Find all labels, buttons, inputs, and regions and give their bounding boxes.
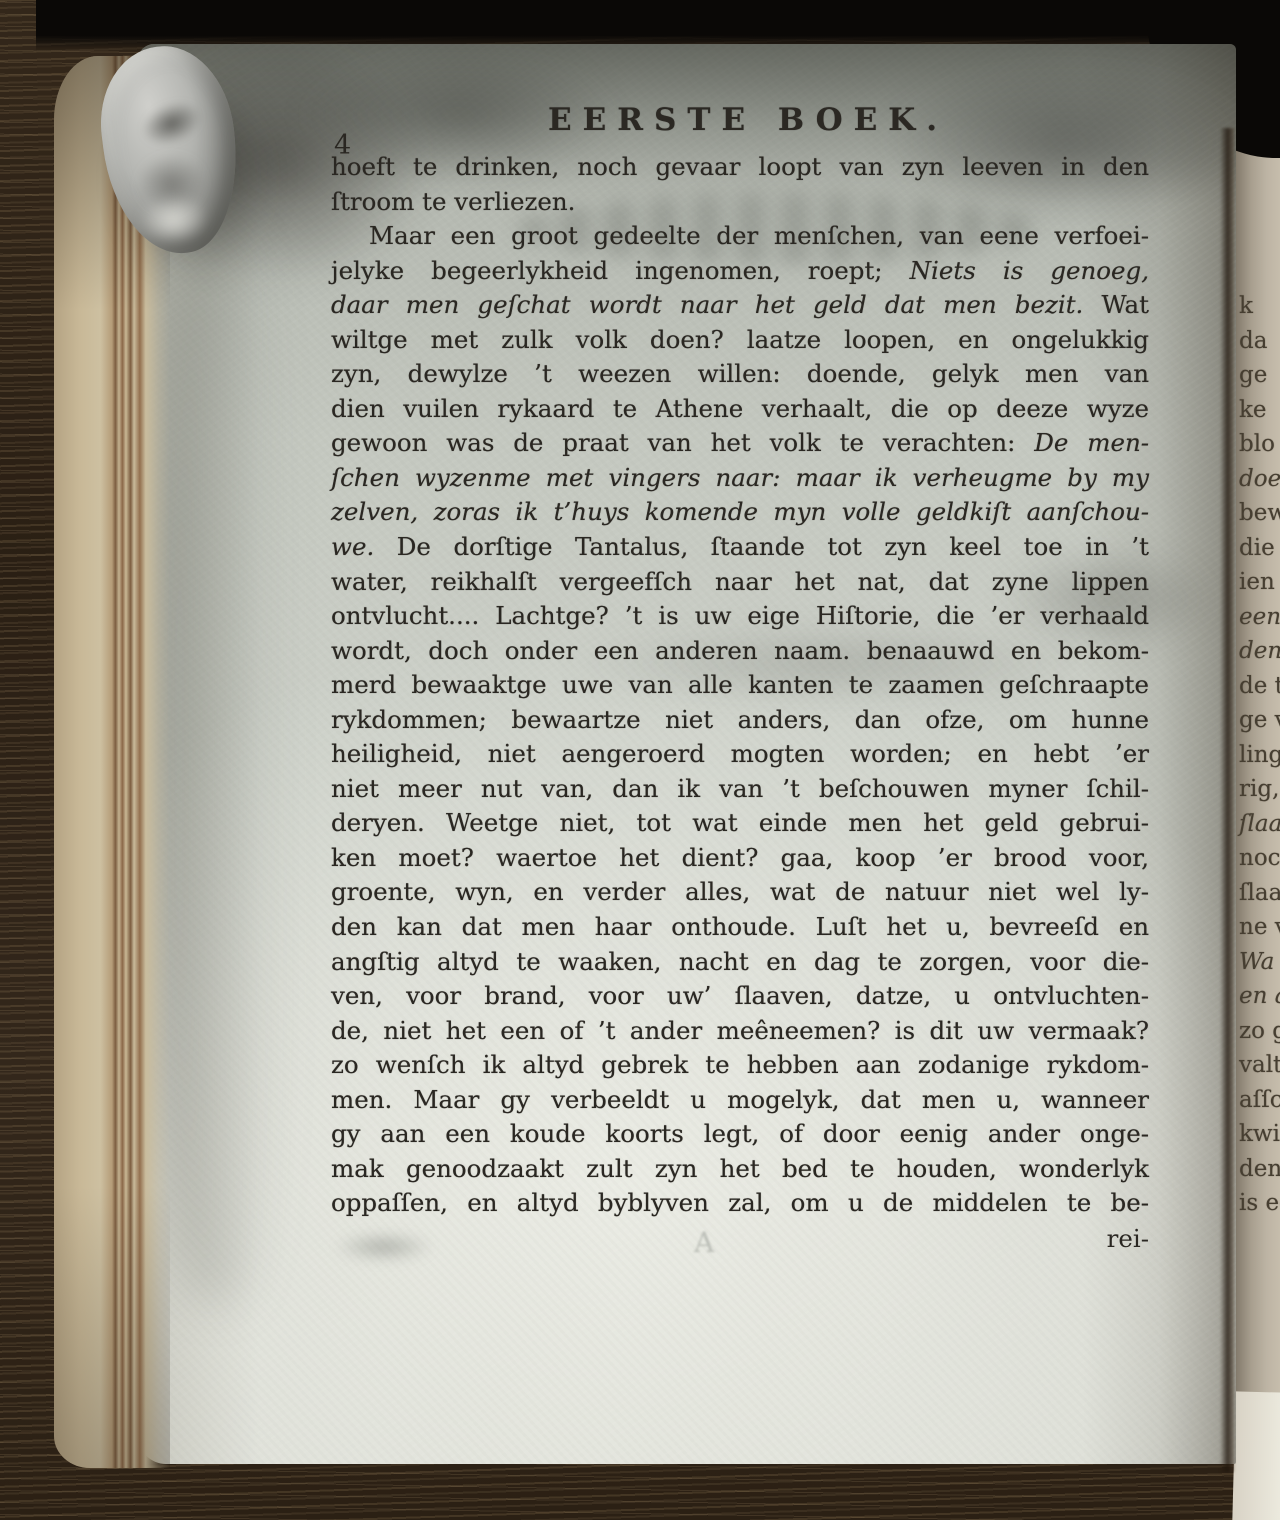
text-line: niet meer nut van, dan ik van ’t beſchou… xyxy=(331,772,1149,807)
facing-page-text-fragment: ſlaavi xyxy=(1239,880,1280,906)
facing-page-text-fragment: k xyxy=(1239,293,1253,319)
text-line: jelyke begeerlykheid ingenomen, roept; N… xyxy=(331,254,1149,289)
text-line: wiltge met zulk volk doen? laatze loopen… xyxy=(331,323,1149,358)
text-line: groente, wyn, en verder alles, wat de na… xyxy=(331,875,1149,910)
facing-page-text-fragment: eens xyxy=(1239,604,1280,630)
text-line: ven, voor brand, voor uw’ ſlaaven, datze… xyxy=(331,979,1149,1014)
facing-page-text-fragment: ge v xyxy=(1239,707,1280,733)
facing-page-text-fragment: denk xyxy=(1239,638,1280,664)
facing-page-text-fragment: kwiſt xyxy=(1239,1121,1280,1147)
text-line: oppaſſen, en altyd byblyven zal, om u de… xyxy=(331,1186,1149,1221)
running-header: EERSTE BOEK. xyxy=(348,102,1148,138)
text-line: we. De dorſtige Tantalus, ſtaande tot zy… xyxy=(331,530,1149,565)
facing-page-text-fragment: noch xyxy=(1239,845,1280,871)
facing-page-text-fragment: de te xyxy=(1239,673,1280,699)
text-line: zo wenſch ik altyd gebrek te hebben aan … xyxy=(331,1048,1149,1083)
facing-page-text-fragment: ling xyxy=(1239,742,1280,768)
text-line: rykdommen; bewaartze niet anders, dan of… xyxy=(331,703,1149,738)
facing-page-bottom-corner xyxy=(1232,1391,1280,1520)
text-line: gy aan een koude koorts legt, of door ee… xyxy=(331,1117,1149,1152)
facing-page-text-fragment: den t xyxy=(1239,1156,1280,1182)
text-line: wordt, doch onder een anderen naam. bena… xyxy=(331,634,1149,669)
facing-page-text-fragment: blo xyxy=(1239,431,1275,457)
text-line: den kan dat men haar onthoude. Luſt het … xyxy=(331,910,1149,945)
facing-page-text-fragment: die xyxy=(1239,535,1275,561)
text-line: ken moet? waertoe het dient? gaa, koop ’… xyxy=(331,841,1149,876)
facing-page-text-fragment: rig, xyxy=(1239,776,1279,802)
text-line: deryen. Weetge niet, tot wat einde men h… xyxy=(331,806,1149,841)
catchword: rei- xyxy=(331,1224,1149,1253)
text-line: Maar een groot gedeelte der menſchen, va… xyxy=(331,219,1149,254)
facing-page-text-fragment: ſlaaf; xyxy=(1239,811,1280,837)
fore-edge-shading xyxy=(54,56,170,1468)
text-line: daar men geſchat wordt naar het geld dat… xyxy=(331,288,1149,323)
text-line: heiligheid, niet aengeroerd mogten worde… xyxy=(331,737,1149,772)
text-line: ſtroom te verliezen. xyxy=(331,185,1149,220)
facing-page-text-fragment: en als xyxy=(1239,983,1280,1009)
facing-page-text-fragment: Wa xyxy=(1239,949,1274,975)
text-line: angſtig altyd te waaken, nacht en dag te… xyxy=(331,945,1149,980)
facing-page-text-fragment: doe xyxy=(1239,466,1280,492)
text-line: gewoon was de praat van het volk te vera… xyxy=(331,426,1149,461)
text-line: water, reikhalſt vergeefſch naar het nat… xyxy=(331,565,1149,600)
gutter-crease xyxy=(1220,128,1234,1472)
facing-page-sliver: kdagekeblodoebewdieieneensdenkde tege vl… xyxy=(1236,88,1280,1520)
body-text: hoeft te drinken, noch gevaar loopt van … xyxy=(331,150,1149,1221)
facing-page-text-fragment: zo gaa xyxy=(1239,1018,1280,1044)
facing-page-text-fragment: bew xyxy=(1239,500,1280,526)
text-line: mak genoodzaakt zult zyn het bed te houd… xyxy=(331,1152,1149,1187)
book-page-left: 4 EERSTE BOEK. hoeft te drinken, noch ge… xyxy=(138,44,1236,1464)
facing-page-text-fragment: ge xyxy=(1239,362,1267,388)
facing-page-text-fragment: aſſchil xyxy=(1239,1087,1280,1113)
text-line: zelven, zoras ik t’huys komende myn voll… xyxy=(331,495,1149,530)
pebble-marking xyxy=(136,94,208,154)
facing-page-text-fragment: ien xyxy=(1239,569,1275,595)
facing-page-text-fragment: ke xyxy=(1239,397,1267,423)
text-line: de, niet het een of ’t ander meêneemen? … xyxy=(331,1014,1149,1049)
facing-page-text-fragment: valtge xyxy=(1239,1052,1280,1078)
text-line: hoeft te drinken, noch gevaar loopt van … xyxy=(331,150,1149,185)
text-line: dien vuilen rykaard te Athene verhaalt, … xyxy=(331,392,1149,427)
text-line: men. Maar gy verbeeldt u mogelyk, dat me… xyxy=(331,1083,1149,1118)
text-line: merd bewaaktge uwe van alle kanten te za… xyxy=(331,668,1149,703)
text-line: ſchen wyzenme met vingers naar: maar ik … xyxy=(331,461,1149,496)
text-line: zyn, dewylze ’t weezen willen: doende, g… xyxy=(331,357,1149,392)
facing-page-text-fragment: da xyxy=(1239,328,1267,354)
text-line: ontvlucht.... Lachtge? ’t is uw eige Hiſ… xyxy=(331,599,1149,634)
book-photo-scene: kdagekeblodoebewdieieneensdenkde tege vl… xyxy=(0,0,1280,1520)
facing-page-text-fragment: is een xyxy=(1239,1190,1280,1216)
facing-page-text-fragment: ne vre xyxy=(1239,914,1280,940)
